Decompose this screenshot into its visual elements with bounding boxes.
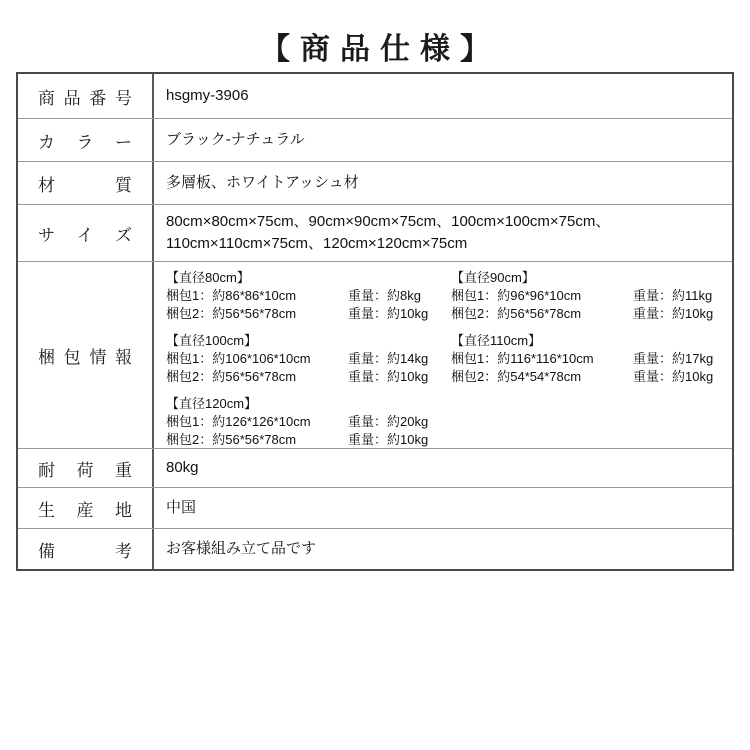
spec-row-material: 材 質 多層板、ホワイトアッシュ材 bbox=[18, 161, 732, 204]
row-label-cell: 材 質 bbox=[18, 162, 154, 204]
row-value: 多層板、ホワイトアッシュ材 bbox=[154, 162, 732, 204]
row-value: 80cm×80cm×75cm、90cm×90cm×75cm、100cm×100c… bbox=[154, 205, 732, 261]
packing-section-120cm: 【直径120cm】 梱包1：約126*126*10cm 重量：約20kg 梱包2… bbox=[166, 395, 451, 449]
row-label: 商 品 番 号 bbox=[38, 84, 132, 109]
packing-dimensions: 梱包1：約116*116*10cm bbox=[451, 350, 633, 368]
packing-dimensions: 梱包2：約54*54*78cm bbox=[451, 368, 633, 386]
packing-weight: 重量：約14kg bbox=[348, 350, 428, 368]
packing-weight: 重量：約10kg bbox=[348, 305, 428, 323]
packing-dimensions: 梱包2：約56*56*78cm bbox=[166, 431, 348, 449]
packing-line: 梱包1：約116*116*10cm 重量：約17kg bbox=[451, 350, 724, 368]
spec-row-product-number: 商 品 番 号 hsgmy-3906 bbox=[18, 74, 732, 118]
row-label: 生 産 地 bbox=[38, 496, 132, 521]
row-label: サ イ ズ bbox=[38, 221, 132, 246]
spec-row-color: カ ラ ー ブラック-ナチュラル bbox=[18, 118, 732, 161]
packing-line: 梱包1：約126*126*10cm 重量：約20kg bbox=[166, 413, 451, 431]
spec-row-load-capacity: 耐 荷 重 80kg bbox=[18, 448, 732, 487]
packing-line: 梱包2：約56*56*78cm 重量：約10kg bbox=[451, 305, 724, 323]
page-title: 【商品仕様】 bbox=[0, 0, 750, 72]
row-label-cell: サ イ ズ bbox=[18, 205, 154, 261]
packing-column-left: 【直径80cm】 梱包1：約86*86*10cm 重量：約8kg 梱包2：約56… bbox=[166, 269, 451, 458]
packing-weight: 重量：約11kg bbox=[633, 287, 712, 305]
row-label: 耐 荷 重 bbox=[38, 456, 132, 481]
row-value: ブラック-ナチュラル bbox=[154, 119, 732, 161]
row-label-cell: 備 考 bbox=[18, 529, 154, 569]
row-label-cell: 梱 包 情 報 bbox=[18, 262, 154, 448]
row-value: 中国 bbox=[154, 488, 732, 528]
spec-row-packing-info: 梱 包 情 報 【直径80cm】 梱包1：約86*86*10cm 重量：約8kg… bbox=[18, 261, 732, 448]
packing-line: 梱包1：約96*96*10cm 重量：約11kg bbox=[451, 287, 724, 305]
packing-dimensions: 梱包2：約56*56*78cm bbox=[166, 368, 348, 386]
packing-line: 梱包2：約54*54*78cm 重量：約10kg bbox=[451, 368, 724, 386]
packing-line: 梱包2：約56*56*78cm 重量：約10kg bbox=[166, 305, 451, 323]
packing-line: 梱包2：約56*56*78cm 重量：約10kg bbox=[166, 431, 451, 449]
packing-weight: 重量：約17kg bbox=[633, 350, 713, 368]
packing-section-title: 【直径120cm】 bbox=[166, 395, 451, 413]
packing-section-100cm: 【直径100cm】 梱包1：約106*106*10cm 重量：約14kg 梱包2… bbox=[166, 332, 451, 386]
packing-grid: 【直径80cm】 梱包1：約86*86*10cm 重量：約8kg 梱包2：約56… bbox=[166, 269, 724, 458]
packing-section-80cm: 【直径80cm】 梱包1：約86*86*10cm 重量：約8kg 梱包2：約56… bbox=[166, 269, 451, 323]
packing-section-title: 【直径100cm】 bbox=[166, 332, 451, 350]
packing-line: 梱包2：約56*56*78cm 重量：約10kg bbox=[166, 368, 451, 386]
packing-dimensions: 梱包2：約56*56*78cm bbox=[451, 305, 633, 323]
packing-section-title: 【直径110cm】 bbox=[451, 332, 724, 350]
size-line-1: 80cm×80cm×75cm、90cm×90cm×75cm、100cm×100c… bbox=[166, 211, 724, 233]
packing-line: 梱包1：約106*106*10cm 重量：約14kg bbox=[166, 350, 451, 368]
product-spec-page: 【商品仕様】 商 品 番 号 hsgmy-3906 カ ラ ー ブラック-ナチュ… bbox=[0, 0, 750, 750]
row-label: 材 質 bbox=[38, 171, 132, 196]
packing-weight: 重量：約10kg bbox=[633, 368, 713, 386]
row-value: 80kg bbox=[154, 449, 732, 487]
packing-dimensions: 梱包1：約126*126*10cm bbox=[166, 413, 348, 431]
row-label-cell: 耐 荷 重 bbox=[18, 449, 154, 487]
spec-table: 商 品 番 号 hsgmy-3906 カ ラ ー ブラック-ナチュラル 材 質 … bbox=[16, 72, 734, 571]
packing-section-110cm: 【直径110cm】 梱包1：約116*116*10cm 重量：約17kg 梱包2… bbox=[451, 332, 724, 386]
packing-section-90cm: 【直径90cm】 梱包1：約96*96*10cm 重量：約11kg 梱包2：約5… bbox=[451, 269, 724, 323]
row-label-cell: 生 産 地 bbox=[18, 488, 154, 528]
size-line-2: 110cm×110cm×75cm、120cm×120cm×75cm bbox=[166, 233, 724, 255]
packing-dimensions: 梱包1：約96*96*10cm bbox=[451, 287, 633, 305]
spec-row-origin: 生 産 地 中国 bbox=[18, 487, 732, 528]
packing-section-title: 【直径80cm】 bbox=[166, 269, 451, 287]
packing-line: 梱包1：約86*86*10cm 重量：約8kg bbox=[166, 287, 451, 305]
packing-weight: 重量：約10kg bbox=[633, 305, 713, 323]
row-label-cell: 商 品 番 号 bbox=[18, 74, 154, 118]
packing-weight: 重量：約10kg bbox=[348, 431, 428, 449]
packing-weight: 重量：約20kg bbox=[348, 413, 428, 431]
row-value: お客様組み立て品です bbox=[154, 529, 732, 569]
packing-dimensions: 梱包2：約56*56*78cm bbox=[166, 305, 348, 323]
packing-weight: 重量：約8kg bbox=[348, 287, 421, 305]
row-value: hsgmy-3906 bbox=[154, 74, 732, 118]
spec-row-size: サ イ ズ 80cm×80cm×75cm、90cm×90cm×75cm、100c… bbox=[18, 204, 732, 261]
packing-section-title: 【直径90cm】 bbox=[451, 269, 724, 287]
packing-weight: 重量：約10kg bbox=[348, 368, 428, 386]
packing-dimensions: 梱包1：約106*106*10cm bbox=[166, 350, 348, 368]
packing-column-right: 【直径90cm】 梱包1：約96*96*10cm 重量：約11kg 梱包2：約5… bbox=[451, 269, 724, 458]
packing-info-cell: 【直径80cm】 梱包1：約86*86*10cm 重量：約8kg 梱包2：約56… bbox=[154, 262, 732, 448]
row-label: 梱 包 情 報 bbox=[38, 343, 132, 368]
packing-dimensions: 梱包1：約86*86*10cm bbox=[166, 287, 348, 305]
row-label: 備 考 bbox=[38, 537, 132, 562]
row-label-cell: カ ラ ー bbox=[18, 119, 154, 161]
spec-row-notes: 備 考 お客様組み立て品です bbox=[18, 528, 732, 569]
row-label: カ ラ ー bbox=[38, 128, 132, 153]
